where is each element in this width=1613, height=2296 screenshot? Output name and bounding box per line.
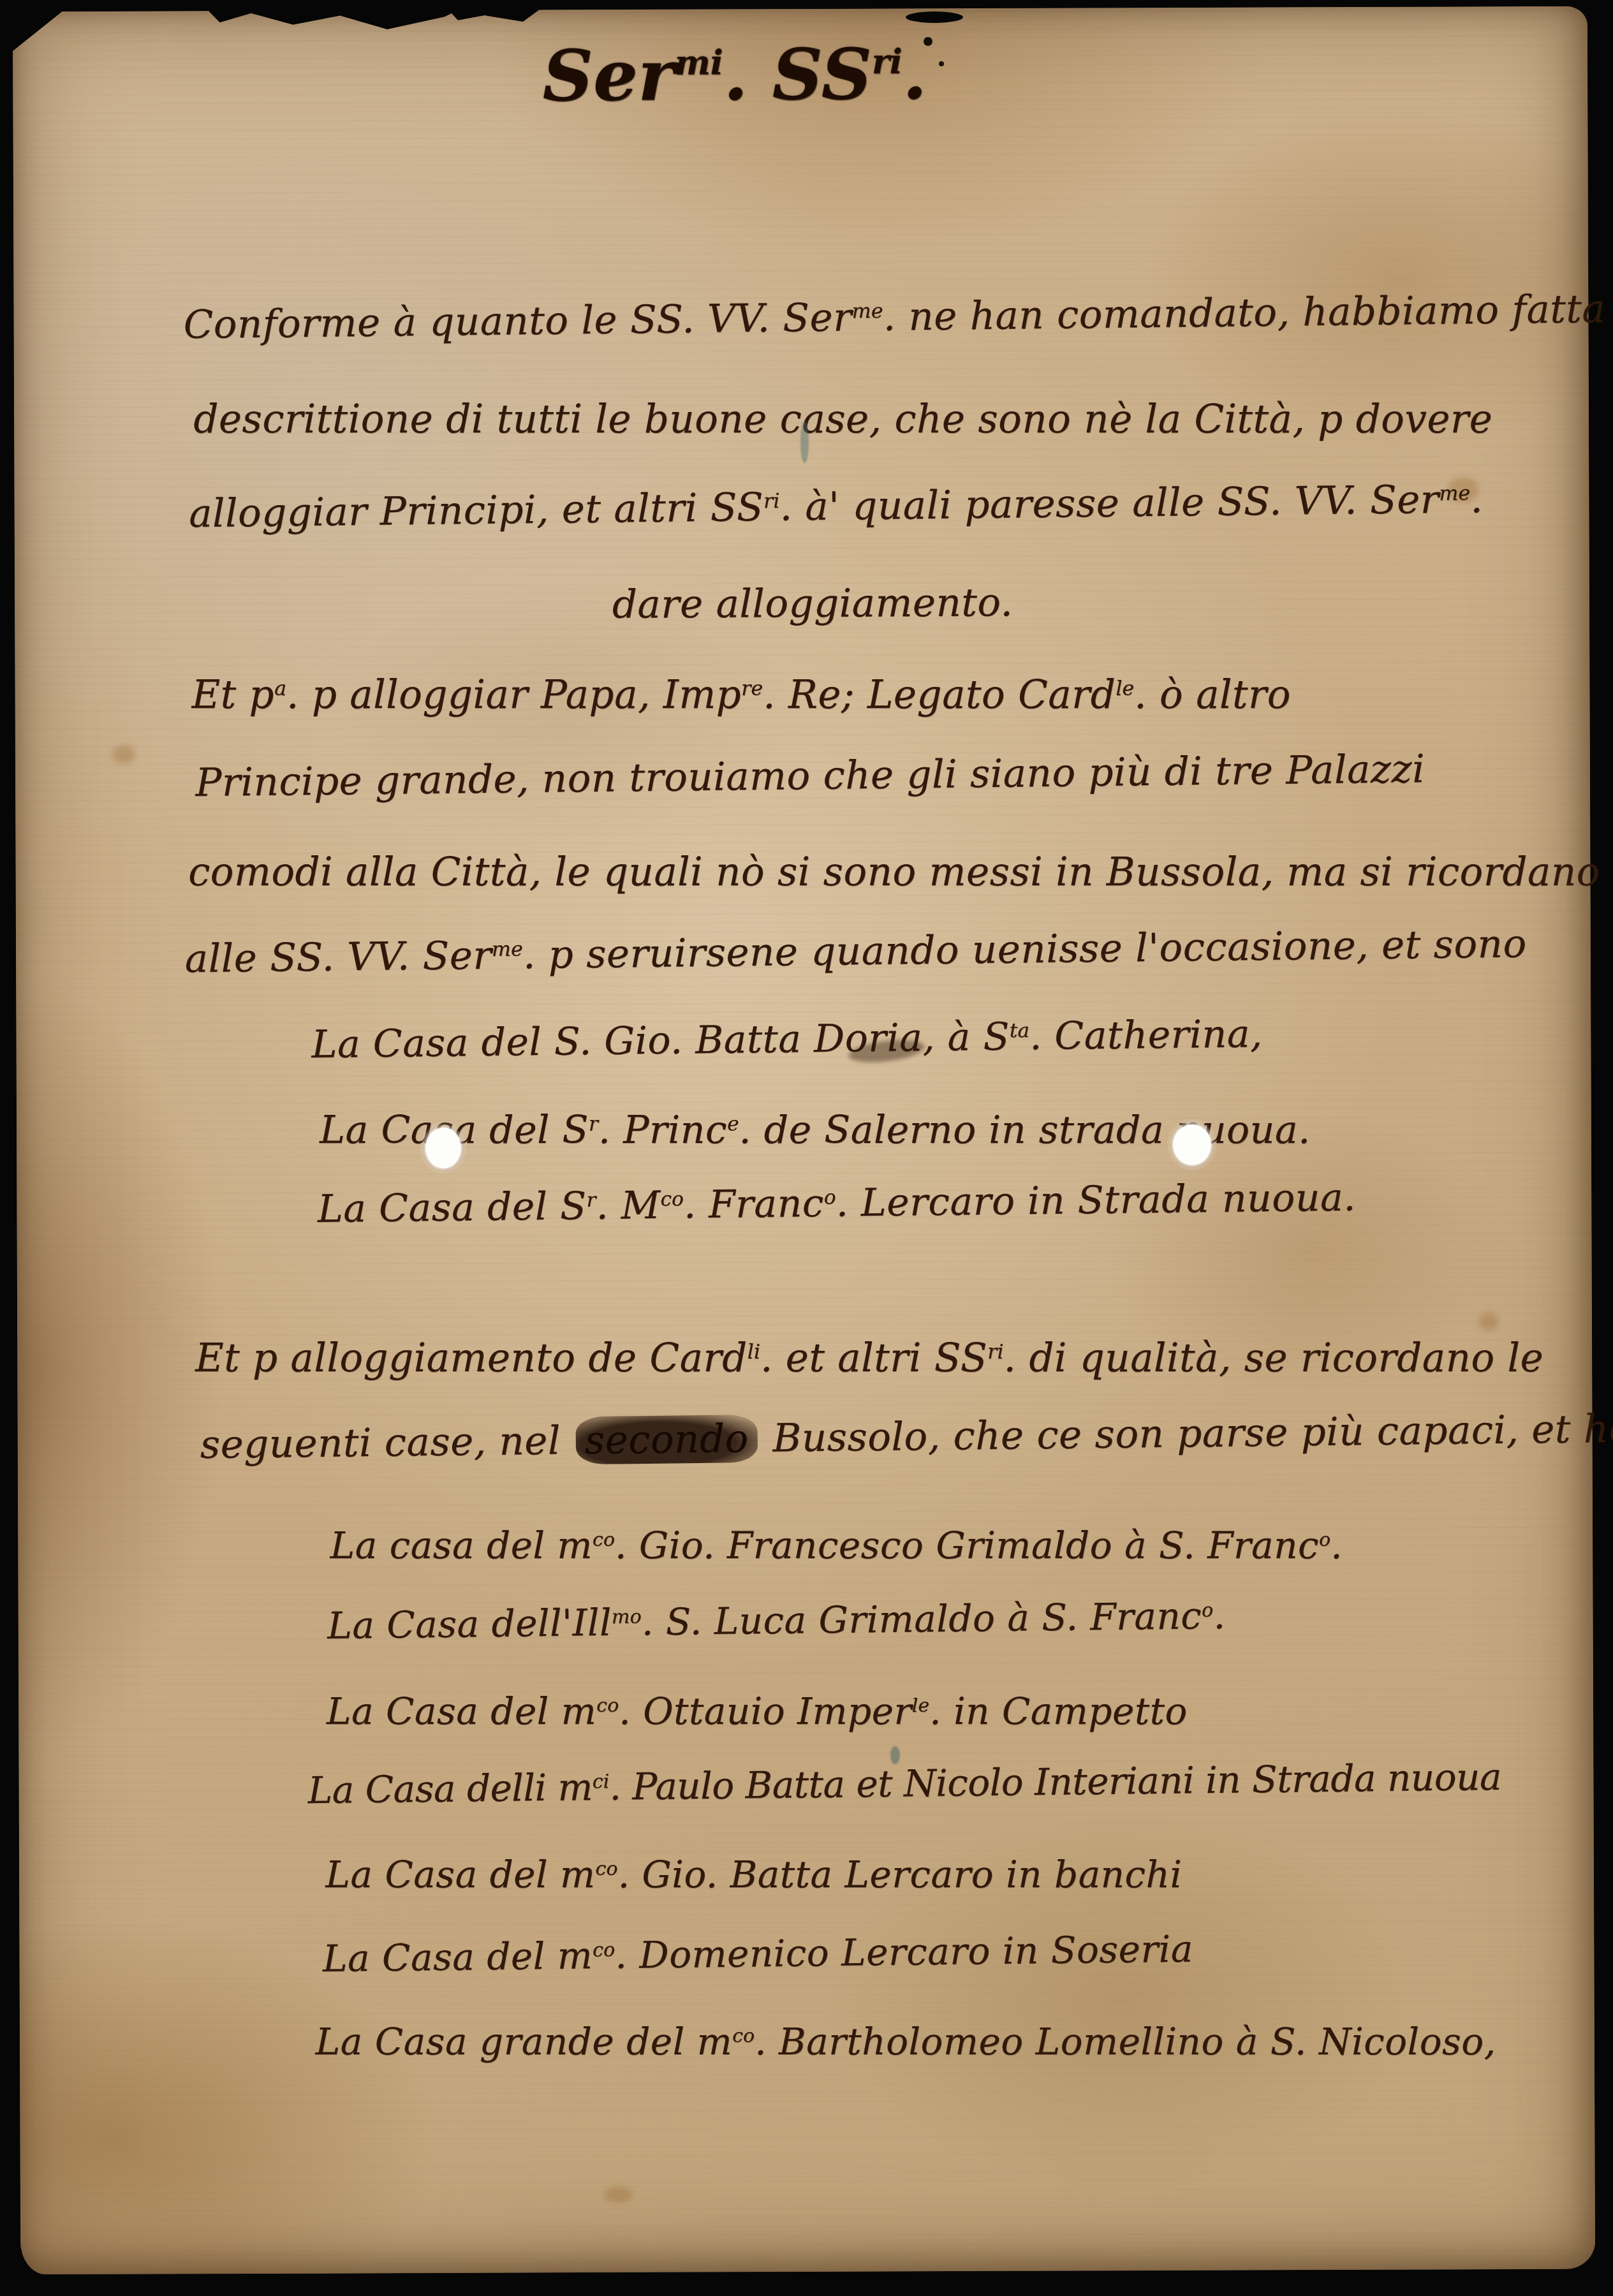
house-list-item: La Casa dell'Illmo. S. Luca Grimaldo à S…	[327, 1597, 1226, 1644]
house-list-item: La Casa del mco. Domenico Lercaro in Sos…	[323, 1931, 1193, 1977]
paragraph-line: seguenti case, nel secondo Bussolo, che …	[200, 1407, 1613, 1464]
ink-blot: secondo	[575, 1415, 758, 1464]
house-list-item: La casa del mco. Gio. Francesco Grimaldo…	[330, 1527, 1343, 1564]
house-list-item: La Casa del Sr. Mco. Franco. Lercaro in …	[318, 1179, 1357, 1228]
paragraph-line: Principe grande, non trouiamo che gli si…	[195, 749, 1425, 802]
handwritten-text: Sermi. SSri. Conforme à quanto le SS. VV…	[0, 0, 1613, 2296]
paragraph-line: Et p alloggiamento de Cardli. et altri S…	[195, 1339, 1543, 1378]
paragraph-closing-line: dare alloggiamento.	[612, 583, 1013, 624]
paragraph-line: alloggiar Principi, et altri SSri. à' qu…	[189, 480, 1484, 533]
salutation-heading: Sermi. SSri.	[542, 39, 927, 111]
ink-speck	[924, 37, 932, 46]
house-list-item: La Casa del mco. Ottauio Imperle. in Cam…	[327, 1693, 1188, 1730]
paragraph-line: alle SS. VV. Serme. p seruirsene quando …	[185, 924, 1527, 978]
line-segment: Bussolo, che ce son parse più capaci, et…	[760, 1404, 1613, 1461]
house-list-item: La Casa del S. Gio. Batta Doria, à Sta. …	[311, 1015, 1263, 1064]
house-list-item: La Casa grande del mco. Bartholomeo Lome…	[316, 2023, 1496, 2060]
line-segment: seguenti case, nel	[200, 1418, 573, 1468]
ink-speck	[939, 61, 944, 66]
house-list-item: La Casa del mco. Gio. Batta Lercaro in b…	[325, 1856, 1182, 1893]
manuscript-scan: Sermi. SSri. Conforme à quanto le SS. VV…	[0, 0, 1613, 2296]
paragraph-line: comodi alla Città, le quali nò si sono m…	[188, 853, 1600, 892]
torn-edge	[906, 11, 963, 23]
pigment-fleck	[800, 421, 809, 463]
paragraph-line: Et pa. p alloggiar Papa, Impre. Re; Lega…	[192, 675, 1291, 714]
punch-hole	[1173, 1124, 1211, 1165]
paragraph-line: descrittione di tutti le buone case, che…	[193, 400, 1492, 439]
house-list-item: La Casa delli mci. Paulo Batta et Nicolo…	[307, 1758, 1501, 1809]
pigment-fleck	[890, 1746, 900, 1764]
punch-hole	[425, 1128, 461, 1168]
paragraph-line: Conforme à quanto le SS. VV. Serme. ne h…	[183, 290, 1605, 344]
house-list-item: La Casa del Sr. Prince. de Salerno in st…	[320, 1111, 1310, 1149]
